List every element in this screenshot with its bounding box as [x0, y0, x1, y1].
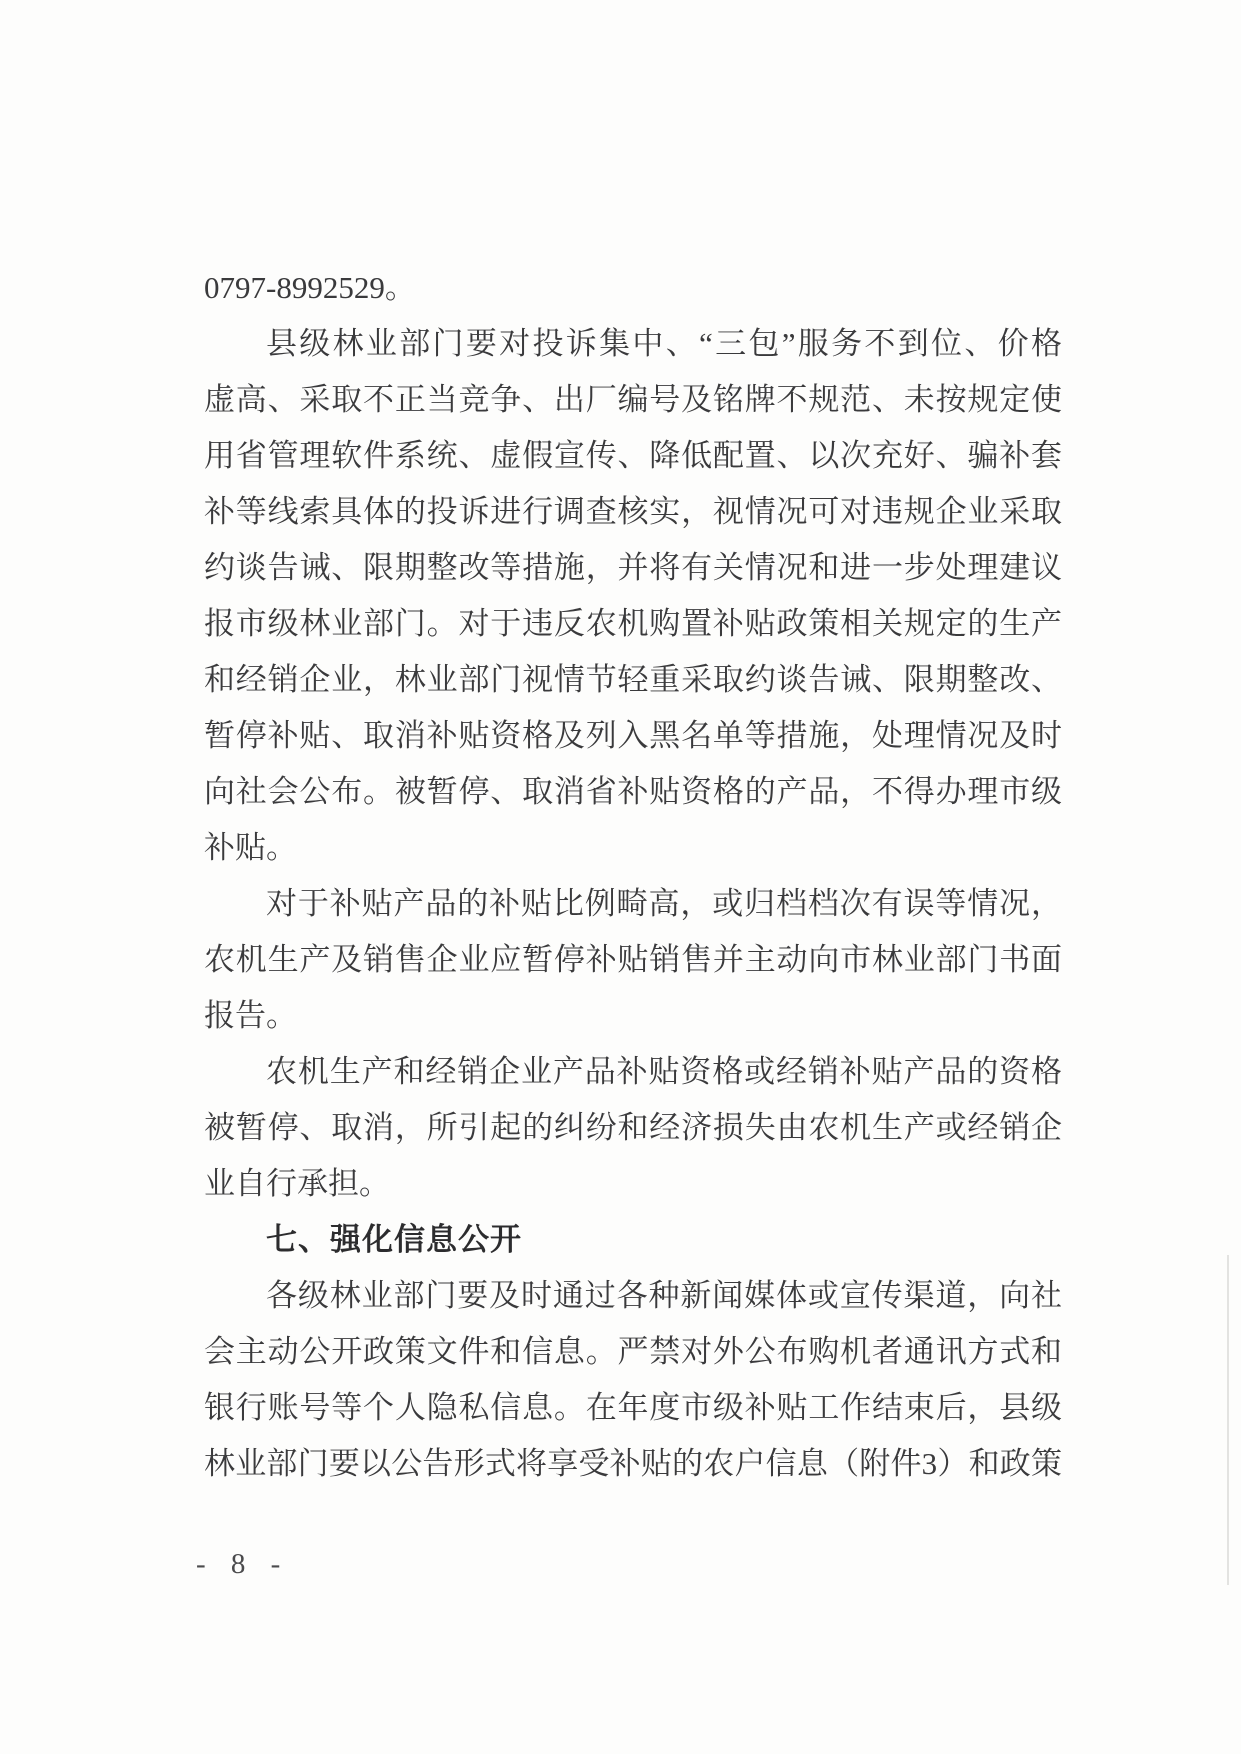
text-line: 向社会公布。被暂停、取消省补贴资格的产品，不得办理市级: [204, 764, 1062, 820]
section-heading: 七、强化信息公开: [204, 1212, 1062, 1268]
text-line: 县级林业部门要对投诉集中、“三包”服务不到位、价格: [204, 316, 1062, 372]
text-line: 和经销企业，林业部门视情节轻重采取约谈告诫、限期整改、: [204, 652, 1062, 708]
text-line: 用省管理软件系统、虚假宣传、降低配置、以次充好、骗补套: [204, 428, 1062, 484]
text-line: 会主动公开政策文件和信息。严禁对外公布购机者通讯方式和: [204, 1324, 1062, 1380]
text-line: 对于补贴产品的补贴比例畸高，或归档档次有误等情况，: [204, 876, 1062, 932]
text-line: 业自行承担。: [204, 1156, 1062, 1212]
text-line: 补贴。: [204, 820, 1062, 876]
text-line: 林业部门要以公告形式将享受补贴的农户信息（附件3）和政策: [204, 1436, 1062, 1492]
page-number: - 8 -: [196, 1548, 289, 1581]
scan-edge-artifact: [1227, 1255, 1229, 1585]
text-line: 报告。: [204, 988, 1062, 1044]
document-page: 0797-8992529。 县级林业部门要对投诉集中、“三包”服务不到位、价格 …: [0, 0, 1241, 1754]
document-body: 0797-8992529。 县级林业部门要对投诉集中、“三包”服务不到位、价格 …: [204, 260, 1062, 1492]
text-line: 约谈告诫、限期整改等措施，并将有关情况和进一步处理建议: [204, 540, 1062, 596]
text-line: 各级林业部门要及时通过各种新闻媒体或宣传渠道，向社: [204, 1268, 1062, 1324]
text-line: 0797-8992529。: [204, 260, 1062, 316]
text-line: 被暂停、取消，所引起的纠纷和经济损失由农机生产或经销企: [204, 1100, 1062, 1156]
text-line: 报市级林业部门。对于违反农机购置补贴政策相关规定的生产: [204, 596, 1062, 652]
text-line: 农机生产及销售企业应暂停补贴销售并主动向市林业部门书面: [204, 932, 1062, 988]
text-line: 补等线索具体的投诉进行调查核实，视情况可对违规企业采取: [204, 484, 1062, 540]
text-line: 银行账号等个人隐私信息。在年度市级补贴工作结束后，县级: [204, 1380, 1062, 1436]
text-line: 虚高、采取不正当竞争、出厂编号及铭牌不规范、未按规定使: [204, 372, 1062, 428]
text-line: 农机生产和经销企业产品补贴资格或经销补贴产品的资格: [204, 1044, 1062, 1100]
text-line: 暂停补贴、取消补贴资格及列入黑名单等措施，处理情况及时: [204, 708, 1062, 764]
